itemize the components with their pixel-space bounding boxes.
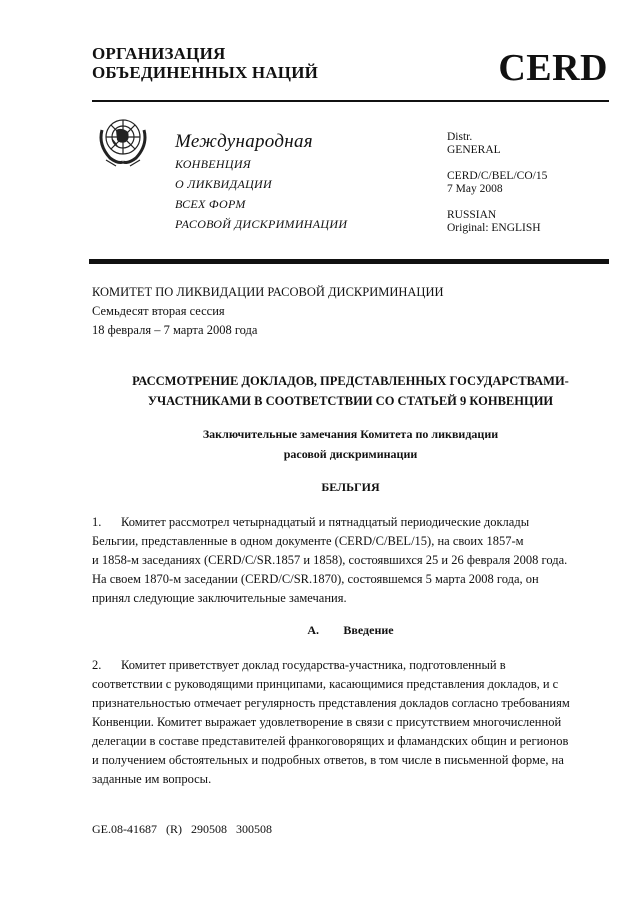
paragraph-line: заданные им вопросы.	[92, 770, 612, 789]
paragraph-line: Бельгии, представленные в одном документ…	[92, 532, 612, 551]
paragraph-2: 2.Комитет приветствует доклад государств…	[92, 656, 612, 789]
paragraph-line: соответствии с руководящими принципами, …	[92, 675, 612, 694]
document-subtitle: Заключительные замечания Комитета по лик…	[92, 424, 609, 464]
session-name: Семьдесят вторая сессия	[92, 302, 444, 321]
header-thick-rule	[89, 259, 609, 264]
convention-line-1: Международная	[175, 130, 347, 154]
section-letter: A.	[307, 623, 343, 638]
distr-value: GENERAL	[447, 144, 547, 157]
convention-line-2: конвенция	[175, 154, 347, 174]
doc-original: Original: ENGLISH	[447, 222, 547, 235]
paragraph-line: признательностью отмечает регулярность п…	[92, 694, 612, 713]
distr-label: Distr.	[447, 131, 547, 144]
paragraph-line: делегации в составе представителей франк…	[92, 732, 612, 751]
header-rule	[92, 100, 609, 102]
paragraph-line: На своем 1870-м заседании (CERD/C/SR.187…	[92, 570, 612, 589]
paragraph-number: 1.	[92, 513, 121, 532]
convention-title: Международная конвенция о ликвидации все…	[175, 130, 347, 234]
doc-language: RUSSIAN	[447, 209, 547, 222]
country-heading: БЕЛЬГИЯ	[92, 480, 609, 495]
title-line-2: УЧАСТНИКАМИ В СООТВЕТСТВИИ СО СТАТЬЕЙ 9 …	[92, 391, 609, 411]
un-emblem-icon	[92, 110, 154, 172]
title-line-1: РАССМОТРЕНИЕ ДОКЛАДОВ, ПРЕДСТАВЛЕННЫХ ГО…	[92, 371, 609, 391]
paragraph-line: Комитет рассмотрел четырнадцатый и пятна…	[121, 515, 529, 529]
footer-job-number: GE.08-41687 (R) 290508 300508	[92, 822, 272, 837]
document-symbol-cerd: CERD	[498, 48, 608, 88]
doc-date: 7 May 2008	[447, 183, 547, 196]
paragraph-line: принял следующие заключительные замечани…	[92, 589, 612, 608]
paragraph-line: Комитет приветствует доклад государства-…	[121, 658, 506, 672]
paragraph-line: и 1858-м заседаниях (CERD/C/SR.1857 и 18…	[92, 551, 612, 570]
paragraph-line: и получением обстоятельных и подробных о…	[92, 751, 612, 770]
paragraph-number: 2.	[92, 656, 121, 675]
paragraph-1: 1.Комитет рассмотрел четырнадцатый и пят…	[92, 513, 612, 608]
paragraph-line: Конвенции. Комитет выражает удовлетворен…	[92, 713, 612, 732]
section-heading: A.Введение	[92, 623, 609, 638]
document-title: РАССМОТРЕНИЕ ДОКЛАДОВ, ПРЕДСТАВЛЕННЫХ ГО…	[92, 371, 609, 411]
org-line-2: ОБЪЕДИНЕННЫХ НАЦИЙ	[92, 63, 318, 82]
org-line-1: ОРГАНИЗАЦИЯ	[92, 44, 318, 63]
convention-line-5: расовой дискриминации	[175, 214, 347, 234]
session-dates: 18 февраля – 7 марта 2008 года	[92, 321, 444, 340]
organization-name: ОРГАНИЗАЦИЯ ОБЪЕДИНЕННЫХ НАЦИЙ	[92, 44, 318, 82]
committee-name: КОМИТЕТ ПО ЛИКВИДАЦИИ РАСОВОЙ ДИСКРИМИНА…	[92, 283, 444, 302]
subtitle-line-2: расовой дискриминации	[92, 444, 609, 464]
convention-line-3: о ликвидации	[175, 174, 347, 194]
convention-line-4: всех форм	[175, 194, 347, 214]
committee-block: КОМИТЕТ ПО ЛИКВИДАЦИИ РАСОВОЙ ДИСКРИМИНА…	[92, 283, 444, 340]
section-title: Введение	[343, 623, 393, 637]
doc-symbol: CERD/C/BEL/CO/15	[447, 170, 547, 183]
document-meta: Distr. GENERAL CERD/C/BEL/CO/15 7 May 20…	[447, 131, 547, 248]
subtitle-line-1: Заключительные замечания Комитета по лик…	[92, 424, 609, 444]
